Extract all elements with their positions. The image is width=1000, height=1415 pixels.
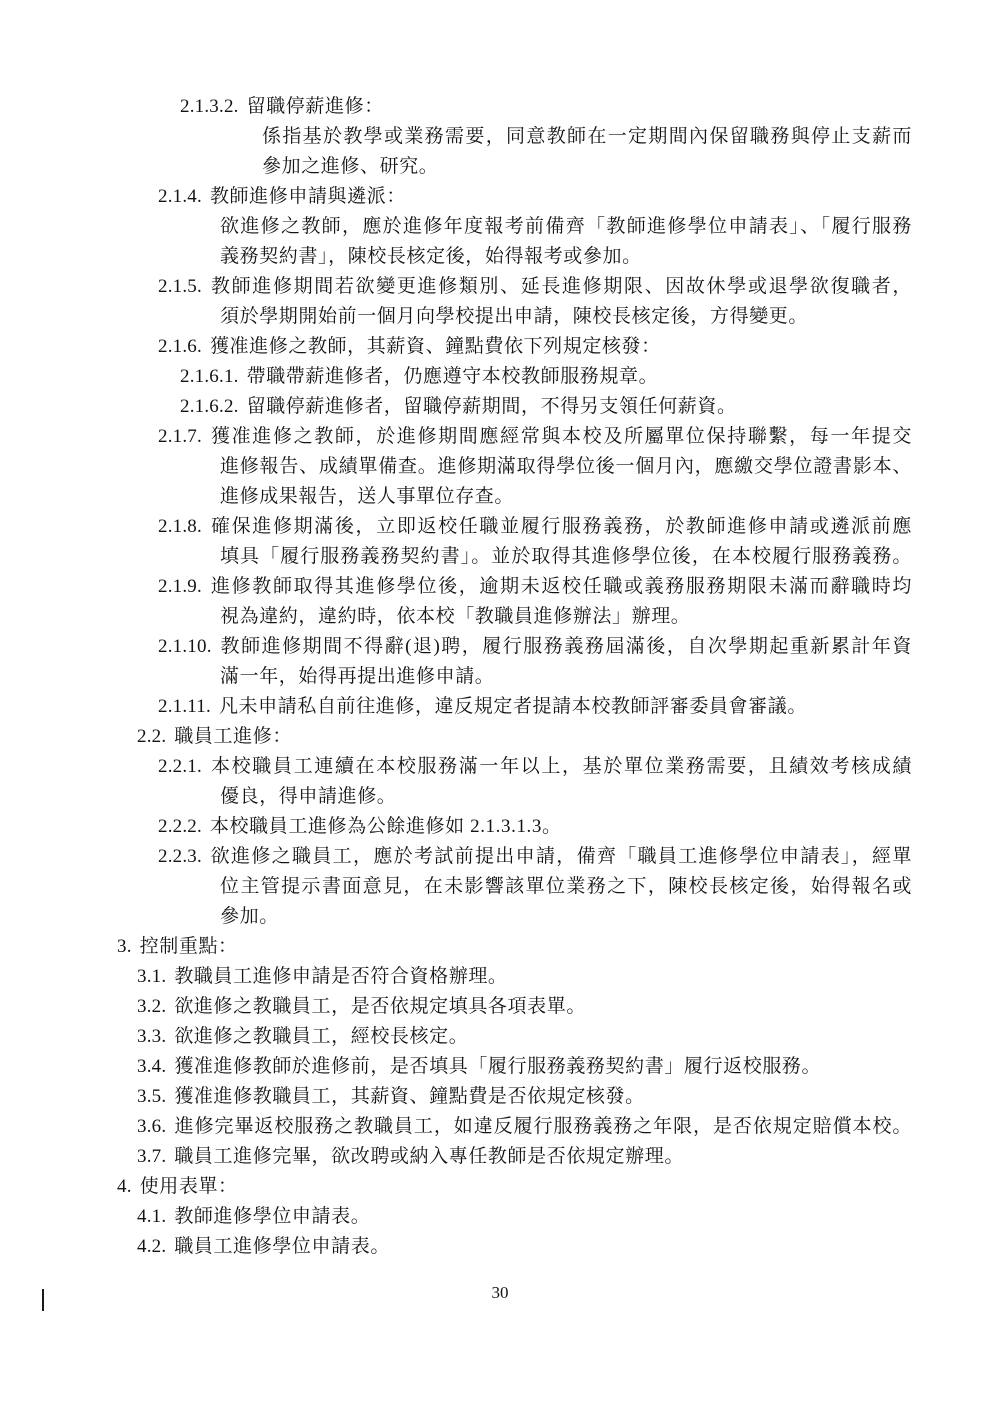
document-line: 進修報告、成績單備查。進修期滿取得學位後一個月內，應繳交學位證書影本、: [0, 452, 1000, 482]
document-line: 2.1.5.教師進修期間若欲變更進修類別、延長進修期限、因故休學或退學欲復職者，: [0, 272, 1000, 302]
page-number: 30: [0, 1283, 1000, 1303]
document-line: 須於學期開始前一個月向學校提出申請，陳校長核定後，方得變更。: [0, 302, 1000, 332]
item-number: 2.1.8.: [158, 516, 202, 537]
item-number: 3.7.: [137, 1146, 166, 1167]
line-text: 本校職員工連續在本校服務滿一年以上，基於單位業務需要，且績效考核成績: [210, 756, 912, 777]
line-text: 留職停薪進修者，留職停薪期間，不得另支領任何薪資。: [247, 396, 737, 417]
line-text: 須於學期開始前一個月向學校提出申請，陳校長核定後，方得變更。: [220, 306, 808, 327]
line-text: 欲進修之教師，應於進修年度報考前備齊「教師進修學位申請表」、「履行服務: [220, 216, 912, 237]
document-line: 2.2.1.本校職員工連續在本校服務滿一年以上，基於單位業務需要，且績效考核成績: [0, 752, 1000, 782]
item-number: 2.1.6.1.: [180, 366, 239, 387]
line-text: 本校職員工進修為公餘進修如 2.1.3.1.3。: [210, 816, 562, 837]
document-line: 3.3.欲進修之教職員工，經校長核定。: [0, 1022, 1000, 1052]
line-text: 滿一年，始得再提出進修申請。: [220, 666, 494, 687]
line-text: 義務契約書」，陳校長核定後，始得報考或參加。: [220, 246, 642, 267]
line-text: 教師進修期間不得辭(退)聘，履行服務義務屆滿後，自次學期起重新累計年資: [220, 636, 912, 657]
item-number: 3.6.: [137, 1116, 166, 1137]
line-text: 確保進修期滿後，立即返校任職並履行服務義務，於教師進修申請或遴派前應: [210, 516, 912, 537]
item-number: 3.5.: [137, 1086, 166, 1107]
item-number: 4.: [117, 1176, 132, 1197]
document-line: 係指基於教學或業務需要，同意教師在一定期間內保留職務與停止支薪而: [0, 122, 1000, 152]
line-text: 職員工進修學位申請表。: [174, 1236, 390, 1257]
line-text: 獲准進修教職員工，其薪資、鐘點費是否依規定核發。: [174, 1086, 644, 1107]
line-text: 進修報告、成績單備查。進修期滿取得學位後一個月內，應繳交學位證書影本、: [220, 456, 912, 477]
item-number: 4.1.: [137, 1206, 166, 1227]
line-text: 進修教師取得其進修學位後，逾期未返校任職或義務服務期限未滿而辭職時均: [210, 576, 912, 597]
item-number: 3.3.: [137, 1026, 166, 1047]
item-number: 3.1.: [137, 966, 166, 987]
item-number: 3.2.: [137, 996, 166, 1017]
line-text: 使用表單：: [140, 1176, 238, 1197]
line-text: 進修完畢返校服務之教職員工，如違反履行服務義務之年限，是否依規定賠償本校。: [174, 1116, 912, 1137]
document-line: 2.1.10.教師進修期間不得辭(退)聘，履行服務義務屆滿後，自次學期起重新累計…: [0, 632, 1000, 662]
line-text: 教師進修學位申請表。: [174, 1206, 370, 1227]
line-text: 優良，得申請進修。: [220, 786, 396, 807]
document-line: 位主管提示書面意見，在未影響該單位業務之下，陳校長核定後，始得報名或: [0, 872, 1000, 902]
item-number: 2.1.4.: [158, 186, 202, 207]
line-text: 控制重點：: [140, 936, 238, 957]
item-number: 3.: [117, 936, 132, 957]
line-text: 獲准進修教師於進修前，是否填具「履行服務義務契約書」履行返校服務。: [174, 1056, 821, 1077]
line-text: 教職員工進修申請是否符合資格辦理。: [174, 966, 507, 987]
document-line: 2.1.9.進修教師取得其進修學位後，逾期未返校任職或義務服務期限未滿而辭職時均: [0, 572, 1000, 602]
item-number: 2.1.10.: [158, 636, 212, 657]
item-number: 2.1.11.: [158, 696, 211, 717]
document-line: 2.1.6.1.帶職帶薪進修者，仍應遵守本校教師服務規章。: [0, 362, 1000, 392]
document-line: 3.2.欲進修之教職員工，是否依規定填具各項表單。: [0, 992, 1000, 1022]
line-text: 職員工進修：: [174, 726, 292, 747]
document-line: 2.2.職員工進修：: [0, 722, 1000, 752]
document-line: 3.6.進修完畢返校服務之教職員工，如違反履行服務義務之年限，是否依規定賠償本校…: [0, 1112, 1000, 1142]
item-number: 2.2.3.: [158, 846, 202, 867]
document-line: 視為違約，違約時，依本校「教職員進修辦法」辦理。: [0, 602, 1000, 632]
line-text: 欲進修之教職員工，經校長核定。: [174, 1026, 468, 1047]
document-line: 義務契約書」，陳校長核定後，始得報考或參加。: [0, 242, 1000, 272]
document-line: 欲進修之教師，應於進修年度報考前備齊「教師進修學位申請表」、「履行服務: [0, 212, 1000, 242]
line-text: 參加。: [220, 906, 279, 927]
item-number: 3.4.: [137, 1056, 166, 1077]
item-number: 2.1.6.: [158, 336, 202, 357]
document-line: 2.2.2.本校職員工進修為公餘進修如 2.1.3.1.3。: [0, 812, 1000, 842]
document-line: 參加。: [0, 902, 1000, 932]
line-text: 獲准進修之教師，其薪資、鐘點費依下列規定核發：: [210, 336, 661, 357]
document-line: 2.1.3.2.留職停薪進修：: [0, 92, 1000, 122]
document-line: 3.5.獲准進修教職員工，其薪資、鐘點費是否依規定核發。: [0, 1082, 1000, 1112]
document-line: 優良，得申請進修。: [0, 782, 1000, 812]
line-text: 進修成果報告，送人事單位存查。: [220, 486, 514, 507]
line-text: 職員工進修完畢，欲改聘或納入專任教師是否依規定辦理。: [174, 1146, 684, 1167]
line-text: 欲進修之職員工，應於考試前提出申請，備齊「職員工進修學位申請表」，經單: [210, 846, 912, 867]
document-line: 3.1.教職員工進修申請是否符合資格辦理。: [0, 962, 1000, 992]
line-text: 參加之進修、研究。: [262, 156, 438, 177]
document-line: 填具「履行服務義務契約書」。並於取得其進修學位後，在本校履行服務義務。: [0, 542, 1000, 572]
item-number: 2.2.2.: [158, 816, 202, 837]
page: 2.1.3.2.留職停薪進修：係指基於教學或業務需要，同意教師在一定期間內保留職…: [0, 0, 1000, 1415]
line-text: 獲准進修之教師，於進修期間應經常與本校及所屬單位保持聯繫，每一年提交: [210, 426, 912, 447]
document-line: 4.使用表單：: [0, 1172, 1000, 1202]
document-line: 2.1.6.2.留職停薪進修者，留職停薪期間，不得另支領任何薪資。: [0, 392, 1000, 422]
document-line: 滿一年，始得再提出進修申請。: [0, 662, 1000, 692]
line-text: 留職停薪進修：: [247, 96, 384, 117]
item-number: 4.2.: [137, 1236, 166, 1257]
line-text: 教師進修申請與遴派：: [210, 186, 406, 207]
document-line: 參加之進修、研究。: [0, 152, 1000, 182]
document-line: 2.1.4.教師進修申請與遴派：: [0, 182, 1000, 212]
line-text: 填具「履行服務義務契約書」。並於取得其進修學位後，在本校履行服務義務。: [220, 546, 912, 567]
line-text: 帶職帶薪進修者，仍應遵守本校教師服務規章。: [247, 366, 659, 387]
document-line: 2.1.11.凡未申請私自前往進修，違反規定者提請本校教師評審委員會審議。: [0, 692, 1000, 722]
item-number: 2.1.7.: [158, 426, 202, 447]
document-line: 2.2.3.欲進修之職員工，應於考試前提出申請，備齊「職員工進修學位申請表」，經…: [0, 842, 1000, 872]
line-text: 凡未申請私自前往進修，違反規定者提請本校教師評審委員會審議。: [219, 696, 807, 717]
item-number: 2.1.9.: [158, 576, 202, 597]
document-line: 2.1.7.獲准進修之教師，於進修期間應經常與本校及所屬單位保持聯繫，每一年提交: [0, 422, 1000, 452]
item-number: 2.1.6.2.: [180, 396, 239, 417]
line-text: 欲進修之教職員工，是否依規定填具各項表單。: [174, 996, 586, 1017]
line-text: 視為違約，違約時，依本校「教職員進修辦法」辦理。: [220, 606, 690, 627]
document-line: 3.4.獲准進修教師於進修前，是否填具「履行服務義務契約書」履行返校服務。: [0, 1052, 1000, 1082]
item-number: 2.2.: [137, 726, 166, 747]
document-line: 4.2.職員工進修學位申請表。: [0, 1232, 1000, 1262]
line-text: 係指基於教學或業務需要，同意教師在一定期間內保留職務與停止支薪而: [262, 126, 912, 147]
document-line: 3.7.職員工進修完畢，欲改聘或納入專任教師是否依規定辦理。: [0, 1142, 1000, 1172]
line-text: 教師進修期間若欲變更進修類別、延長進修期限、因故休學或退學欲復職者，: [210, 276, 912, 297]
document-line: 3.控制重點：: [0, 932, 1000, 962]
document-body: 2.1.3.2.留職停薪進修：係指基於教學或業務需要，同意教師在一定期間內保留職…: [0, 92, 1000, 1262]
document-line: 2.1.8.確保進修期滿後，立即返校任職並履行服務義務，於教師進修申請或遴派前應: [0, 512, 1000, 542]
document-line: 進修成果報告，送人事單位存查。: [0, 482, 1000, 512]
item-number: 2.1.3.2.: [180, 96, 239, 117]
document-line: 2.1.6.獲准進修之教師，其薪資、鐘點費依下列規定核發：: [0, 332, 1000, 362]
item-number: 2.2.1.: [158, 756, 202, 777]
item-number: 2.1.5.: [158, 276, 202, 297]
document-line: 4.1.教師進修學位申請表。: [0, 1202, 1000, 1232]
line-text: 位主管提示書面意見，在未影響該單位業務之下，陳校長核定後，始得報名或: [220, 876, 912, 897]
